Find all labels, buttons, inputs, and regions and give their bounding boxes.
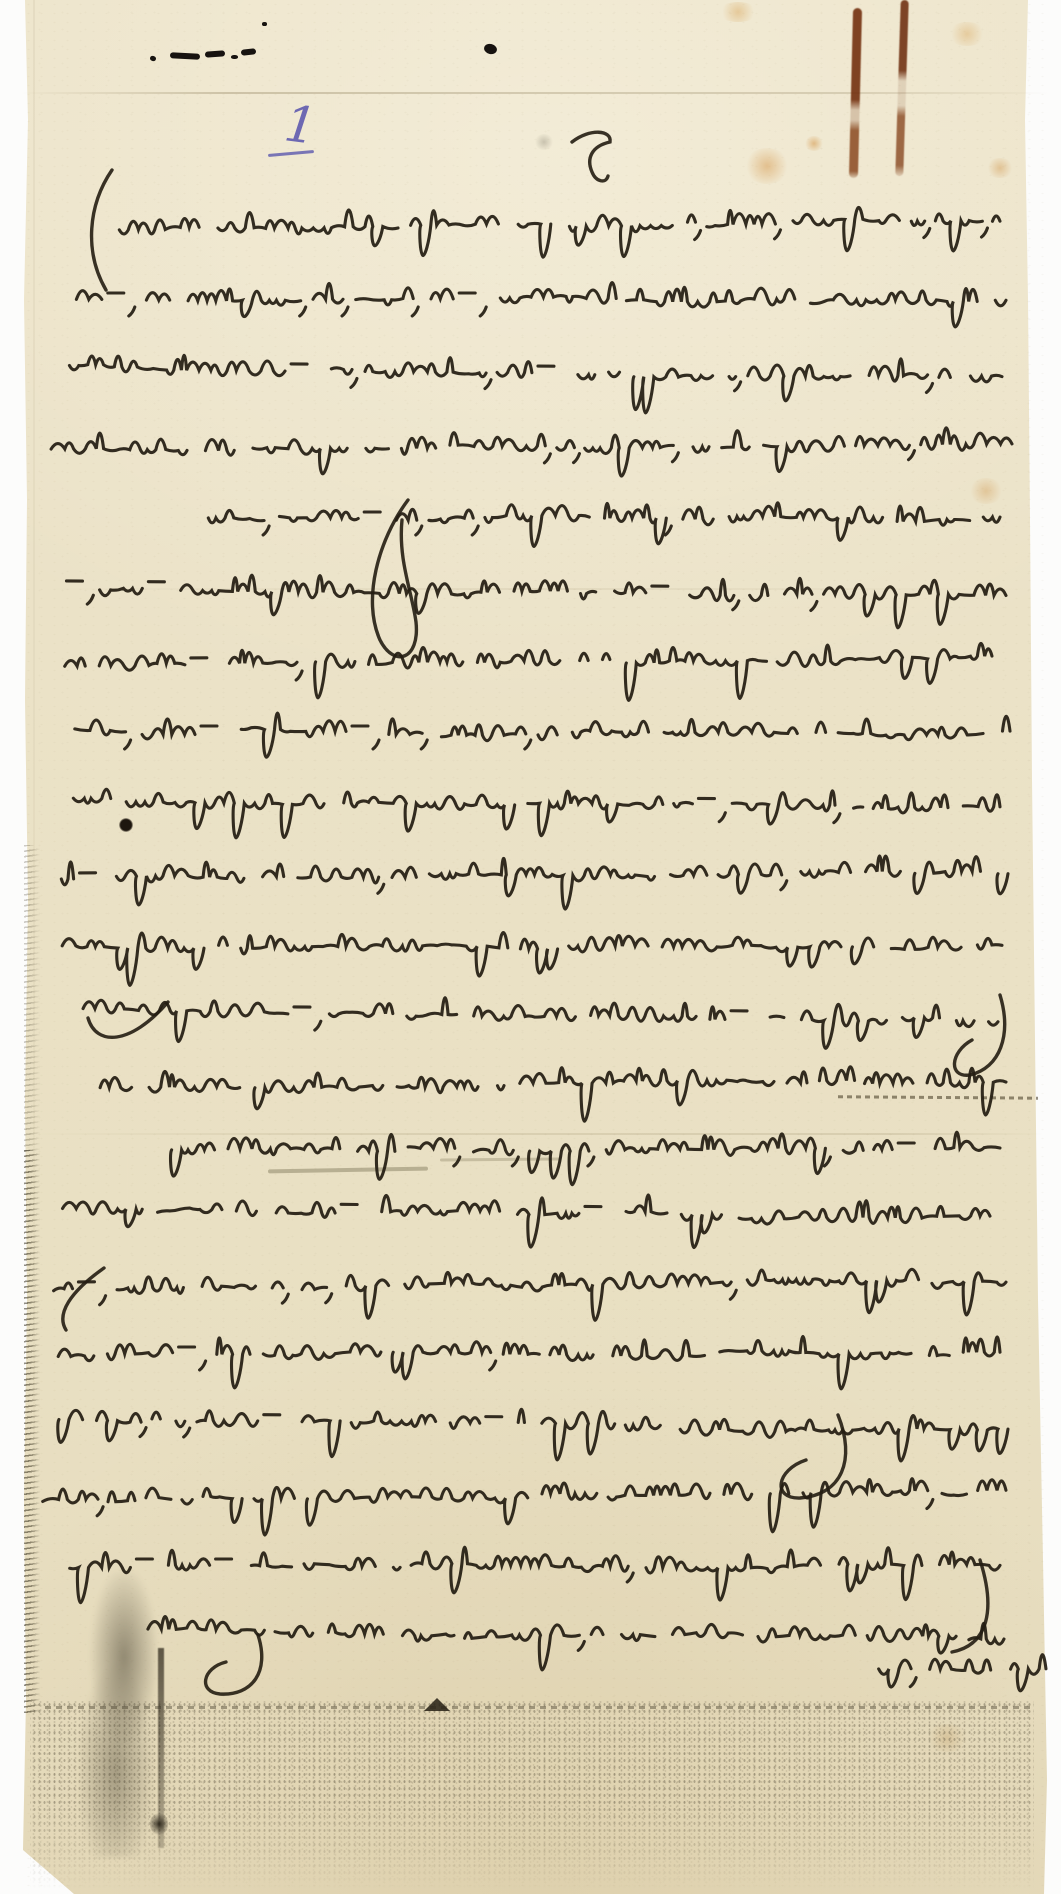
smudge-blob	[150, 1812, 168, 1836]
scanned-manuscript-screenshot: { "document": { "kind": "handwritten man…	[0, 0, 1061, 1894]
paper-sheet	[22, 0, 1050, 1894]
scan-background: 1 לזה שפסקתי בלי הרהורים, הנ״ל, קוד ישרא…	[0, 0, 1061, 1894]
